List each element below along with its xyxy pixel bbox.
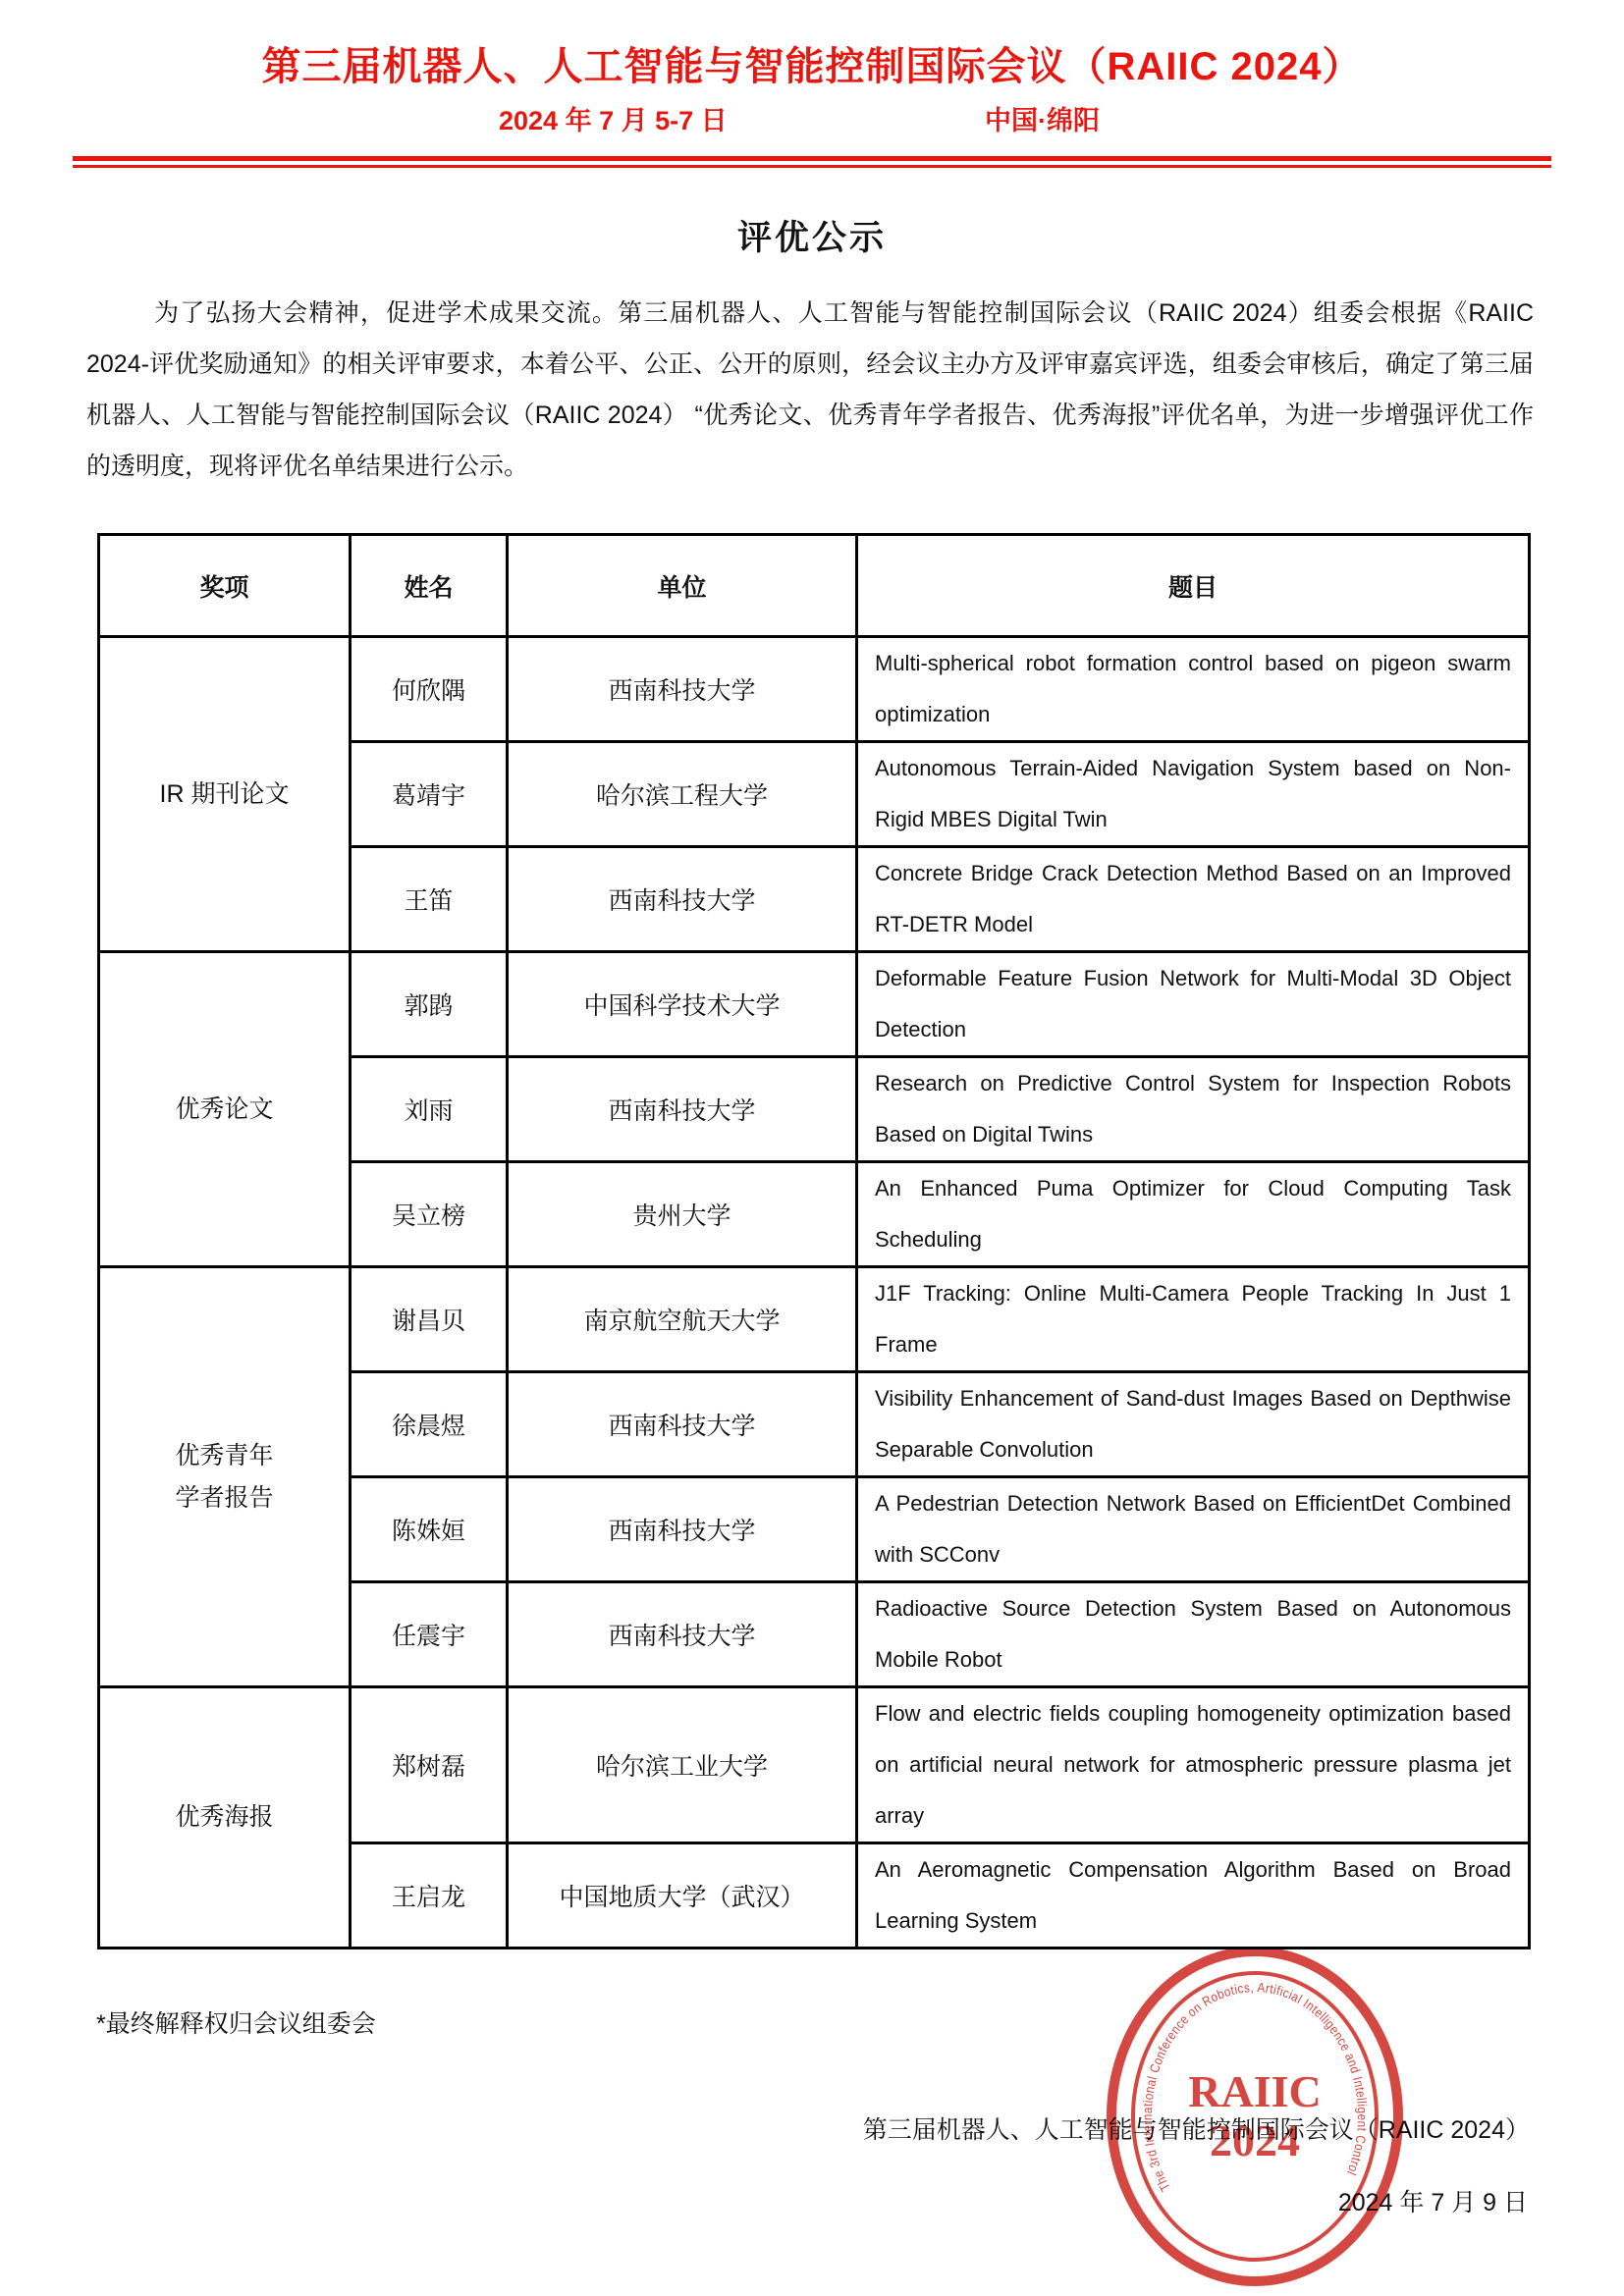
affiliation-cell: 西南科技大学 [508,1372,857,1477]
stamp-center-text: RAIIC [1188,2066,1321,2116]
column-header-affiliation: 单位 [508,535,857,637]
affiliation-cell: 西南科技大学 [508,1477,857,1582]
awards-table-body: IR 期刊论文何欣隅西南科技大学Multi-spherical robot fo… [99,637,1530,1949]
name-cell: 王笛 [351,847,508,952]
conference-stamp: The 3rd International Conference on Robo… [1096,1938,1414,2296]
affiliation-cell: 南京航空航天大学 [508,1267,857,1372]
table-row: 优秀青年 学者报告谢昌贝南京航空航天大学J1F Tracking: Online… [99,1267,1530,1372]
name-cell: 王启龙 [351,1843,508,1949]
document-page: 第三届机器人、人工智能与智能控制国际会议（RAIIC 2024） 2024 年 … [0,0,1624,2296]
header-divider-rule [73,156,1551,168]
name-cell: 陈姝姮 [351,1477,508,1582]
award-category-cell: 优秀青年 学者报告 [99,1267,351,1687]
column-header-title: 题目 [857,535,1530,637]
name-cell: 郑树磊 [351,1687,508,1843]
award-category-cell: 优秀海报 [99,1687,351,1949]
name-cell: 徐晨煜 [351,1372,508,1477]
affiliation-cell: 哈尔滨工程大学 [508,742,857,847]
paper-title-cell: Radioactive Source Detection System Base… [857,1582,1530,1687]
paper-title-cell: Flow and electric fields coupling homoge… [857,1687,1530,1843]
paper-title-cell: Multi-spherical robot formation control … [857,637,1530,742]
conference-subheader: 2024 年 7 月 5-7 日 中国·绵阳 [0,99,1624,140]
name-cell: 刘雨 [351,1057,508,1162]
affiliation-cell: 中国地质大学（武汉） [508,1843,857,1949]
name-cell: 任震宇 [351,1582,508,1687]
name-cell: 葛靖宇 [351,742,508,847]
awards-table: 奖项 姓名 单位 题目 IR 期刊论文何欣隅西南科技大学Multi-spheri… [97,533,1531,1949]
affiliation-cell: 西南科技大学 [508,847,857,952]
affiliation-cell: 西南科技大学 [508,1057,857,1162]
stamp-center-year: 2024 [1210,2115,1300,2165]
paper-title-cell: An Enhanced Puma Optimizer for Cloud Com… [857,1162,1530,1267]
table-row: 优秀海报郑树磊哈尔滨工业大学Flow and electric fields c… [99,1687,1530,1843]
name-cell: 谢昌贝 [351,1267,508,1372]
table-row: 优秀论文郭鹍中国科学技术大学Deformable Feature Fusion … [99,952,1530,1057]
affiliation-cell: 西南科技大学 [508,1582,857,1687]
page-title: 评优公示 [0,211,1624,260]
award-category-cell: 优秀论文 [99,952,351,1267]
paper-title-cell: A Pedestrian Detection Network Based on … [857,1477,1530,1582]
announcement-paragraph: 为了弘扬大会精神，促进学术成果交流。第三届机器人、人工智能与智能控制国际会议（R… [86,288,1534,492]
table-row: IR 期刊论文何欣隅西南科技大学Multi-spherical robot fo… [99,637,1530,742]
affiliation-cell: 西南科技大学 [508,637,857,742]
paper-title-cell: Autonomous Terrain-Aided Navigation Syst… [857,742,1530,847]
affiliation-cell: 中国科学技术大学 [508,952,857,1057]
paper-title-cell: Concrete Bridge Crack Detection Method B… [857,847,1530,952]
award-category-cell: IR 期刊论文 [99,637,351,952]
paper-title-cell: J1F Tracking: Online Multi-Camera People… [857,1267,1530,1372]
affiliation-cell: 哈尔滨工业大学 [508,1687,857,1843]
column-header-name: 姓名 [351,535,508,637]
conference-dates: 2024 年 7 月 5-7 日 [499,99,728,137]
conference-title: 第三届机器人、人工智能与智能控制国际会议（RAIIC 2024） [59,35,1565,91]
paper-title-cell: Research on Predictive Control System fo… [857,1057,1530,1162]
name-cell: 吴立榜 [351,1162,508,1267]
name-cell: 何欣隅 [351,637,508,742]
column-header-award: 奖项 [99,535,351,637]
conference-location: 中国·绵阳 [985,99,1100,137]
paper-title-cell: Deformable Feature Fusion Network for Mu… [857,952,1530,1057]
name-cell: 郭鹍 [351,952,508,1057]
paper-title-cell: Visibility Enhancement of Sand-dust Imag… [857,1372,1530,1477]
table-header-row: 奖项 姓名 单位 题目 [99,535,1530,637]
affiliation-cell: 贵州大学 [508,1162,857,1267]
paper-title-cell: An Aeromagnetic Compensation Algorithm B… [857,1843,1530,1949]
